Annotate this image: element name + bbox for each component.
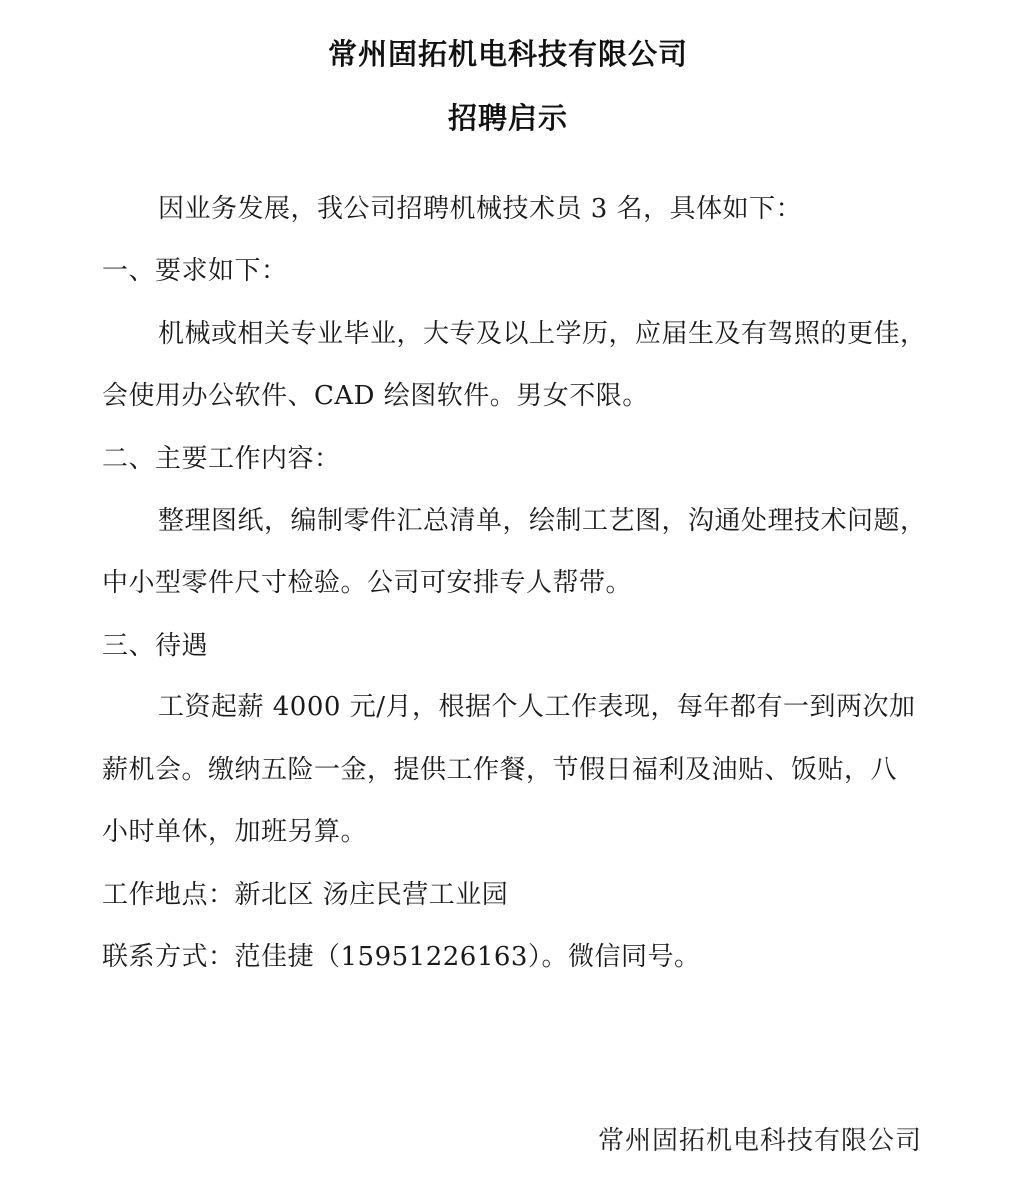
intro-paragraph: 因业务发展，我公司招聘机械技术员 3 名，具体如下：	[158, 193, 802, 225]
benefits-line-2: 薪机会。缴纳五险一金，提供工作餐，节假日福利及油贴、饭贴，八	[102, 754, 897, 786]
duties-line-1: 整理图纸，编制零件汇总清单，绘制工艺图，沟通处理技术问题，	[158, 505, 927, 537]
requirements-line-2: 会使用办公软件、CAD 绘图软件。男女不限。	[102, 380, 649, 412]
benefits-line-1: 工资起薪 4000 元/月，根据个人工作表现，每年都有一到两次加	[158, 691, 915, 723]
section-heading-benefits: 三、待遇	[102, 630, 208, 662]
requirements-line-1: 机械或相关专业毕业，大专及以上学历，应届生及有驾照的更佳，	[158, 318, 927, 350]
benefits-line-3: 小时单休，加班另算。	[102, 816, 367, 848]
contact-info: 联系方式：范佳捷（15951226163）。微信同号。	[102, 941, 700, 973]
notice-title: 招聘启示	[0, 96, 1016, 137]
company-signature: 常州固拓机电科技有限公司	[598, 1125, 922, 1157]
company-title: 常州固拓机电科技有限公司	[0, 32, 1016, 73]
duties-line-2: 中小型零件尺寸检验。公司可安排专人帮带。	[102, 567, 632, 599]
section-heading-duties: 二、主要工作内容：	[102, 443, 341, 475]
work-location: 工作地点：新北区 汤庄民营工业园	[102, 879, 508, 911]
section-heading-requirements: 一、要求如下：	[102, 255, 288, 287]
recruitment-notice-document: 常州固拓机电科技有限公司 招聘启示 因业务发展，我公司招聘机械技术员 3 名，具…	[0, 0, 1016, 1200]
